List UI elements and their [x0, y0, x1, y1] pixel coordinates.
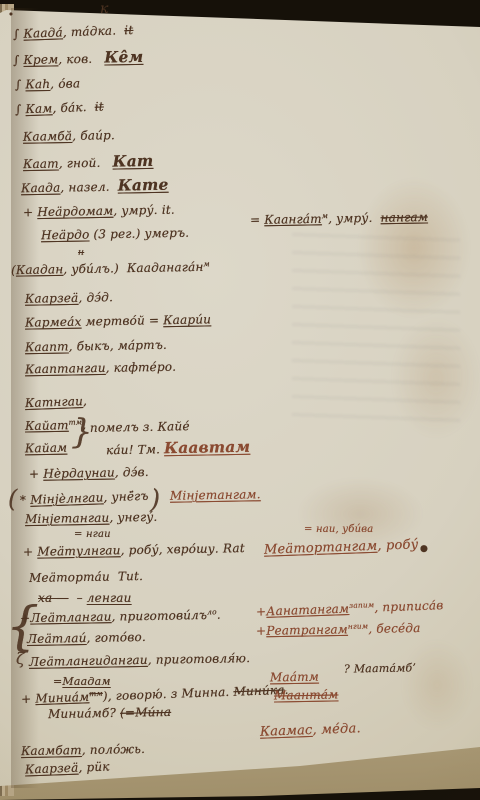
manuscript-word: Неӓрдо: [41, 227, 90, 242]
manuscript-word: .: [217, 608, 221, 622]
manuscript-word: Каанга́т: [264, 212, 322, 227]
manuscript-word: Леäтлаи́: [27, 631, 87, 646]
manuscript-word: +: [21, 692, 36, 706]
manuscript-word: Кармеа́х: [25, 315, 82, 330]
manuscript-word: , баи́р.: [72, 128, 115, 143]
manuscript-line: ●: [420, 544, 428, 554]
manuscript-line: Каат, гной. Кат: [23, 153, 154, 173]
manuscript-word: Каh: [25, 77, 50, 91]
manuscript-word: ), говорю́. з Минна.: [103, 685, 234, 704]
manuscript-word: Мінjетангам.: [170, 487, 261, 503]
manuscript-word: нангам: [380, 210, 428, 225]
manuscript-line: Каапт, быкъ, ма́ртъ.: [25, 339, 167, 355]
manuscript-line: (Каадан, уби́лъ.) Кааданага́нм: [11, 260, 210, 278]
manuscript-word: , унё́гъ: [103, 489, 149, 505]
manuscript-line: Кармеа́х мертво́й = Каари́и: [25, 313, 211, 330]
manuscript-word: Кааптангаи: [25, 361, 106, 376]
manuscript-line: ∫ Каh, о́ва: [15, 77, 80, 92]
manuscript-line: + Неӓрдомам, умру́. it.: [23, 204, 175, 220]
manuscript-word: ,: [83, 394, 88, 408]
manuscript-word: it: [124, 23, 134, 37]
manuscript-word: Меäтулнгаи: [37, 543, 121, 558]
manuscript-line: (: [8, 486, 18, 514]
manuscript-word: +: [20, 611, 31, 625]
manuscript-word: , унегу́.: [109, 510, 157, 525]
manuscript-word: ●: [420, 544, 428, 554]
manuscript-word: Кайат: [25, 418, 69, 433]
manuscript-word: Кат: [112, 152, 153, 171]
manuscript-word: Миниа́мб?: [48, 706, 120, 721]
manuscript-word: Кêм: [104, 48, 143, 67]
manuscript-word: +: [23, 205, 38, 219]
manuscript-word: Каарзеӓ: [25, 291, 79, 306]
manuscript-word: тм: [89, 689, 103, 698]
manuscript-word: , робу́, хвро́шу. Rat: [121, 541, 245, 557]
manuscript-word: ло: [207, 607, 217, 616]
manuscript-word: Маанта́м: [274, 687, 339, 702]
manuscript-word: , гной.: [59, 156, 113, 171]
manuscript-word: , приписа́в: [374, 598, 444, 614]
manuscript-word: мертво́й =: [81, 313, 163, 328]
manuscript-word: , приготовля́ю.: [148, 651, 251, 667]
manuscript-word: ζ: [16, 649, 25, 668]
manuscript-word: +: [29, 467, 44, 481]
manuscript-line: =Маадам: [53, 676, 111, 689]
manuscript-word: Каапт: [25, 339, 69, 354]
manuscript-word: , бесе́да: [368, 621, 420, 636]
manuscript-line: }: [71, 413, 93, 452]
manuscript-line: Маа́тм: [270, 671, 319, 686]
manuscript-word: (: [8, 485, 18, 513]
manuscript-line: Каамас, ме́да.: [260, 722, 361, 740]
manuscript-line: +Леäтлангаи, приготови́лъло.: [20, 608, 221, 626]
manuscript-word: ленгаи: [87, 591, 132, 605]
manuscript-line: помелъ з. Кайе́: [90, 420, 190, 436]
manuscript-word: Реатрангам: [266, 622, 348, 637]
manuscript-word: Каавтам: [164, 438, 250, 458]
manuscript-word: Каамбат: [21, 743, 82, 758]
manuscript-line: Катнгаи,: [25, 395, 88, 411]
manuscript-line: + Нèрдаунаи, дэ́в.: [29, 466, 149, 482]
manuscript-word: Неӓрдомам: [37, 204, 113, 219]
manuscript-line: Неӓрдо (3 рег.) умеръ.: [41, 227, 189, 243]
manuscript-line: Каарзеӓ, дэ́д.: [25, 291, 113, 306]
manuscript-word: Каат: [23, 157, 59, 172]
manuscript-line: Кайам: [25, 442, 68, 457]
manuscript-line: Каарзеӓ, рüк: [25, 761, 110, 778]
manuscript-word: , уби́лъ.): [63, 261, 127, 276]
manuscript-word: Кам: [25, 101, 52, 116]
manuscript-word: , о́ва: [50, 76, 80, 91]
manuscript-word: Миниа́м: [35, 690, 89, 706]
manuscript-word: , приготови́лъ: [111, 608, 207, 624]
manuscript-line: Леäтлангидангаи, приготовля́ю.: [29, 652, 250, 670]
manuscript-word: Леäтлангидангаи: [29, 653, 148, 669]
manuscript-word: запим: [349, 600, 375, 610]
manuscript-word: , поло́жь.: [82, 742, 145, 757]
manuscript-line: ∫ Крем, ков. Кêм: [13, 49, 144, 69]
manuscript-word: , назел.: [60, 180, 118, 195]
manuscript-word: , дэ́в.: [115, 465, 149, 480]
manuscript-line: Каада, назел. Кате: [21, 177, 169, 197]
manuscript-word: , ков.: [58, 52, 104, 67]
manuscript-word: , быкъ, ма́ртъ.: [69, 338, 168, 354]
manuscript-line: Каамбат, поло́жь.: [21, 743, 145, 759]
manuscript-word: н: [78, 248, 84, 258]
manuscript-word: Кайам: [25, 441, 68, 456]
manuscript-word: , кафте́ро.: [106, 360, 177, 375]
manuscript-line: = Каанга́тм, умру́. нангам: [250, 210, 428, 227]
manuscript-line: ? Маата́мб’: [344, 662, 416, 676]
manuscript-word: ? Маата́мб’: [344, 661, 416, 675]
manuscript-word: , ме́да.: [312, 721, 361, 738]
section-letter-heading: к: [100, 1, 108, 17]
manuscript-line: Меäтортангам, робу́: [264, 538, 419, 558]
manuscript-word: ка́и! Тм.: [106, 442, 164, 457]
manuscript-line: ∫ Кам, ба́к. it: [15, 100, 104, 117]
manuscript-word: , рüк: [78, 760, 110, 775]
manuscript-text-layer: к •∫ Каада́, та́дка. it∫ Крем, ков. Кêм∫…: [0, 0, 480, 800]
manuscript-word: Каада: [21, 181, 61, 196]
manuscript-word: Аанатангам: [266, 601, 349, 618]
manuscript-word: •: [8, 10, 14, 21]
manuscript-line: ζ: [16, 650, 25, 668]
manuscript-line: ка́и! Тм. Каавтам: [106, 439, 251, 459]
manuscript-word: Мінjèлнгаи: [30, 490, 104, 507]
manuscript-word: = нгаи: [74, 529, 111, 540]
manuscript-word: Маа́тм: [270, 670, 319, 685]
manuscript-word: Каамбӑ: [23, 129, 72, 144]
manuscript-word: = наи, уби́ва: [304, 524, 373, 535]
manuscript-line: ха — – ленгаи: [38, 592, 132, 606]
manuscript-word: Каадан: [16, 262, 64, 277]
manuscript-word: Каари́и: [163, 312, 211, 327]
manuscript-line: = наи, уби́ва: [304, 524, 373, 536]
manuscript-word: , ба́к.: [52, 100, 95, 115]
manuscript-line: Миниа́мб? (=Ми́на: [48, 706, 171, 722]
manuscript-word: нгим: [348, 621, 369, 630]
manuscript-line: Мінjетангаи, унегу́.: [25, 511, 158, 527]
manuscript-word: =: [53, 675, 62, 688]
manuscript-word: +: [256, 624, 267, 638]
manuscript-word: помелъ з. Кайе́: [90, 419, 190, 435]
manuscript-line: +Реатрангамнгим, бесе́да: [256, 622, 421, 639]
manuscript-word: , та́дка.: [63, 23, 125, 39]
manuscript-line: + Меäтулнгаи, робу́, хвро́шу. Rat: [23, 542, 245, 560]
manuscript-word: (3 рег.) умеръ.: [89, 226, 189, 242]
manuscript-word: +: [23, 545, 38, 559]
manuscript-word: Маадам: [62, 675, 110, 688]
manuscript-word: Кааданага́н: [127, 260, 204, 275]
manuscript-line: Леäтлаи́, гото́во.: [27, 631, 146, 647]
manuscript-line: = нгаи: [74, 529, 111, 541]
manuscript-word: Мінjетангаи: [25, 511, 110, 526]
manuscript-word: }: [71, 412, 93, 452]
manuscript-word: , гото́во.: [86, 630, 146, 645]
manuscript-line: •: [8, 10, 14, 22]
manuscript-word: м: [203, 259, 210, 268]
manuscript-word: , робу́: [377, 537, 419, 553]
manuscript-word: –: [69, 591, 87, 605]
manuscript-word: , умру́.: [328, 211, 381, 226]
manuscript-word: Меäтортангам: [264, 539, 378, 558]
manuscript-word: =: [250, 213, 265, 227]
manuscript-line: н: [78, 248, 84, 258]
manuscript-line: * Мінjèлнгаи, унё́гъ: [20, 490, 149, 508]
manuscript-word: ха —: [38, 591, 69, 605]
manuscript-line: Мінjетангам.: [170, 488, 261, 503]
manuscript-line: ∫ Каада́, та́дка. it: [13, 24, 134, 42]
manuscript-word: , дэ́д.: [78, 290, 113, 305]
manuscript-word: Каарзеӓ: [25, 761, 79, 777]
manuscript-line: +Аанатангамзапим, приписа́в: [256, 599, 444, 620]
manuscript-line: Меäторта́и Тut.: [29, 570, 143, 586]
manuscript-photo: к •∫ Каада́, та́дка. it∫ Крем, ков. Кêм∫…: [0, 0, 480, 800]
manuscript-word: Катнгаи: [25, 394, 84, 410]
manuscript-word: Нèрдаунаи: [43, 466, 115, 481]
manuscript-word: , умру́. it.: [113, 203, 175, 218]
manuscript-line: Каамбӑ, баи́р.: [23, 129, 115, 144]
manuscript-word: (=Ми́на: [120, 705, 171, 720]
manuscript-word: it: [94, 99, 104, 113]
manuscript-line: Кааптангаи, кафте́ро.: [25, 361, 176, 377]
manuscript-line: Маанта́м: [274, 688, 339, 703]
manuscript-word: Леäтлангаи: [30, 610, 112, 625]
manuscript-word: {: [6, 597, 39, 657]
manuscript-word: Кате: [118, 176, 169, 195]
manuscript-word: Меäторта́и Тut.: [29, 569, 143, 585]
manuscript-word: Каада́: [23, 25, 63, 40]
manuscript-word: Крем: [23, 52, 58, 67]
manuscript-word: Каамас: [260, 723, 313, 740]
